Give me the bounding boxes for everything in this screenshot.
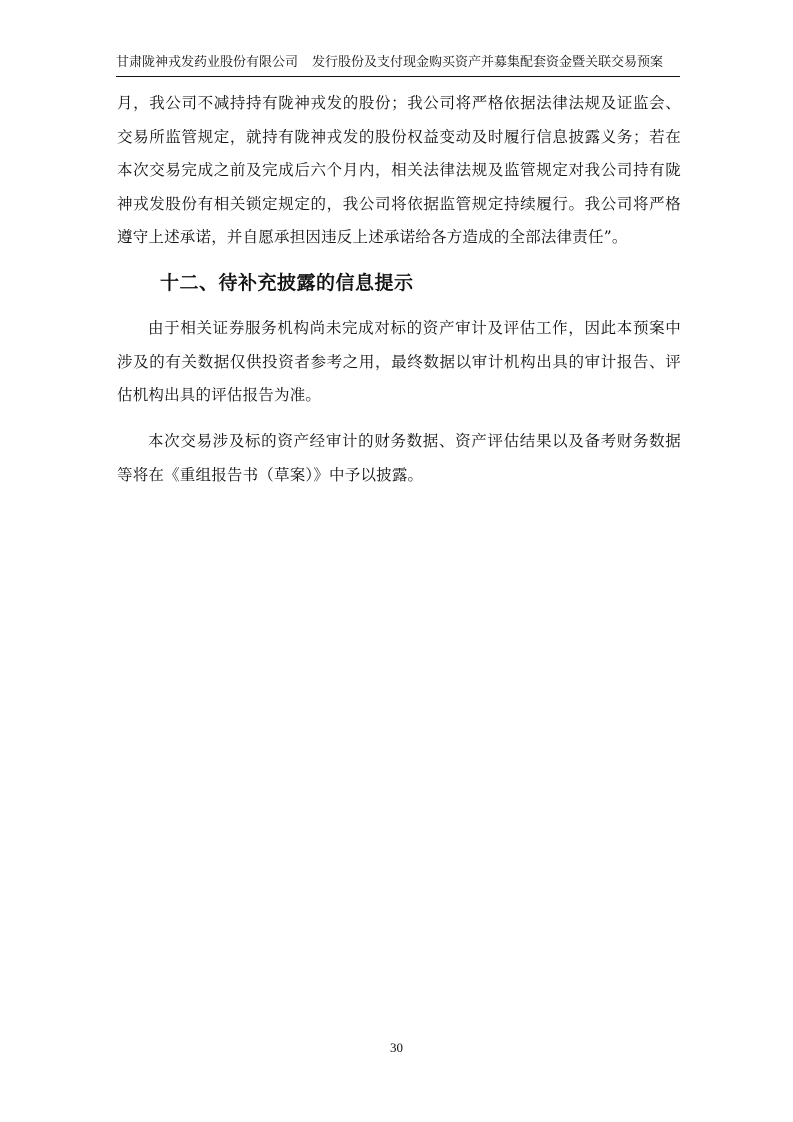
paragraph-disclosure-notice: 由于相关证券服务机构尚未完成对标的资产审计及评估工作，因此本预案中涉及的有关数据… <box>117 312 681 413</box>
page-number: 30 <box>0 1040 793 1056</box>
header-document-title: 发行股份及支付现金购买资产并募集配套资金暨关联交易预案 <box>312 55 663 70</box>
paragraph-financial-data-disclosure: 本次交易涉及标的资产经审计的财务数据、资产评估结果以及备考财务数据等将在《重组报… <box>117 425 681 492</box>
running-header: 甘肃陇神戎发药业股份有限公司发行股份及支付现金购买资产并募集配套资金暨关联交易预… <box>116 54 680 77</box>
header-company-name: 甘肃陇神戎发药业股份有限公司 <box>116 55 298 70</box>
section-heading: 十二、待补充披露的信息提示 <box>160 268 414 295</box>
paragraph-commitment-continued: 月，我公司不减持持有陇神戎发的股份；我公司将严格依据法律法规及证监会、交易所监管… <box>117 87 681 255</box>
